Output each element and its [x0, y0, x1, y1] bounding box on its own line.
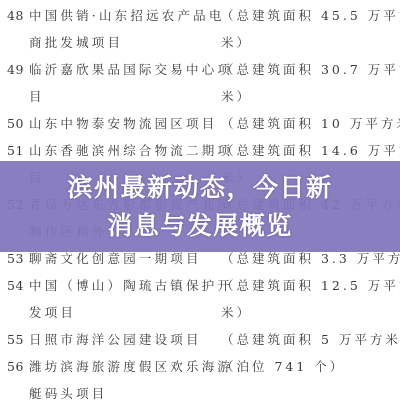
project-name: 山东中物泰安物流园区项目 — [29, 111, 217, 137]
project-area-cont: 米） — [221, 84, 252, 110]
headline-line-1: 滨州最新动态，今日新 — [67, 169, 332, 207]
headline-line-2: 消息与发展概览 — [107, 207, 293, 245]
project-row-49: 49 临沂嘉欣果品国际交易中心项 （总建筑面积 30.7 万平方 — [0, 57, 400, 83]
project-row-55: 55 日照市海洋公园建设项目 （总建筑面积 5 万平方米） — [0, 327, 400, 353]
project-name: 临沂嘉欣果品国际交易中心项 — [29, 57, 233, 83]
project-row-54: 54 中国（博山）陶琉古镇保护开 （总建筑面积 12.5 万平方 — [0, 273, 400, 299]
project-row-56-cont: 艇码头项目 — [0, 381, 400, 407]
project-row-49-cont: 目 米） — [0, 84, 400, 110]
project-area: （总建筑面积 12.5 万平方 — [221, 273, 400, 299]
project-name-cont: 艇码头项目 — [29, 381, 108, 407]
project-name-cont: 商批发城项目 — [29, 30, 123, 56]
project-area: （总建筑面积 30.7 万平方 — [221, 57, 400, 83]
project-name-cont: 目 — [29, 84, 45, 110]
project-row-54-cont: 发项目 米） — [0, 300, 400, 326]
headline: 滨州最新动态，今日新 消息与发展概览 — [0, 161, 400, 252]
project-number: 54 — [7, 273, 29, 299]
project-row-48: 48 中国供销·山东招远农产品电 （总建筑面积 45.5 万平方 — [0, 3, 400, 29]
project-number: 48 — [7, 3, 29, 29]
project-area: （总建筑面积 10 万平方米） — [221, 111, 400, 137]
project-number: 49 — [7, 57, 29, 83]
project-area: （总建筑面积 45.5 万平方 — [221, 3, 400, 29]
project-area-cont: 米） — [221, 300, 252, 326]
project-number: 50 — [7, 111, 29, 137]
project-number: 55 — [7, 327, 29, 353]
project-row-56: 56 潍坊滨海旅游度假区欢乐海游 （泊位 741 个） — [0, 354, 400, 380]
project-name: 日照市海洋公园建设项目 — [29, 327, 202, 353]
project-name-cont: 发项目 — [29, 300, 76, 326]
project-row-48-cont: 商批发城项目 米） — [0, 30, 400, 56]
project-area-cont: 米） — [221, 30, 252, 56]
project-name: 中国（博山）陶琉古镇保护开 — [29, 273, 233, 299]
project-area: （总建筑面积 5 万平方米） — [221, 327, 400, 353]
project-number: 56 — [7, 354, 29, 380]
project-name: 潍坊滨海旅游度假区欢乐海游 — [29, 354, 233, 380]
project-name: 中国供销·山东招远农产品电 — [29, 3, 225, 29]
project-area: （泊位 741 个） — [221, 354, 345, 380]
project-row-50: 50 山东中物泰安物流园区项目 （总建筑面积 10 万平方米） — [0, 111, 400, 137]
